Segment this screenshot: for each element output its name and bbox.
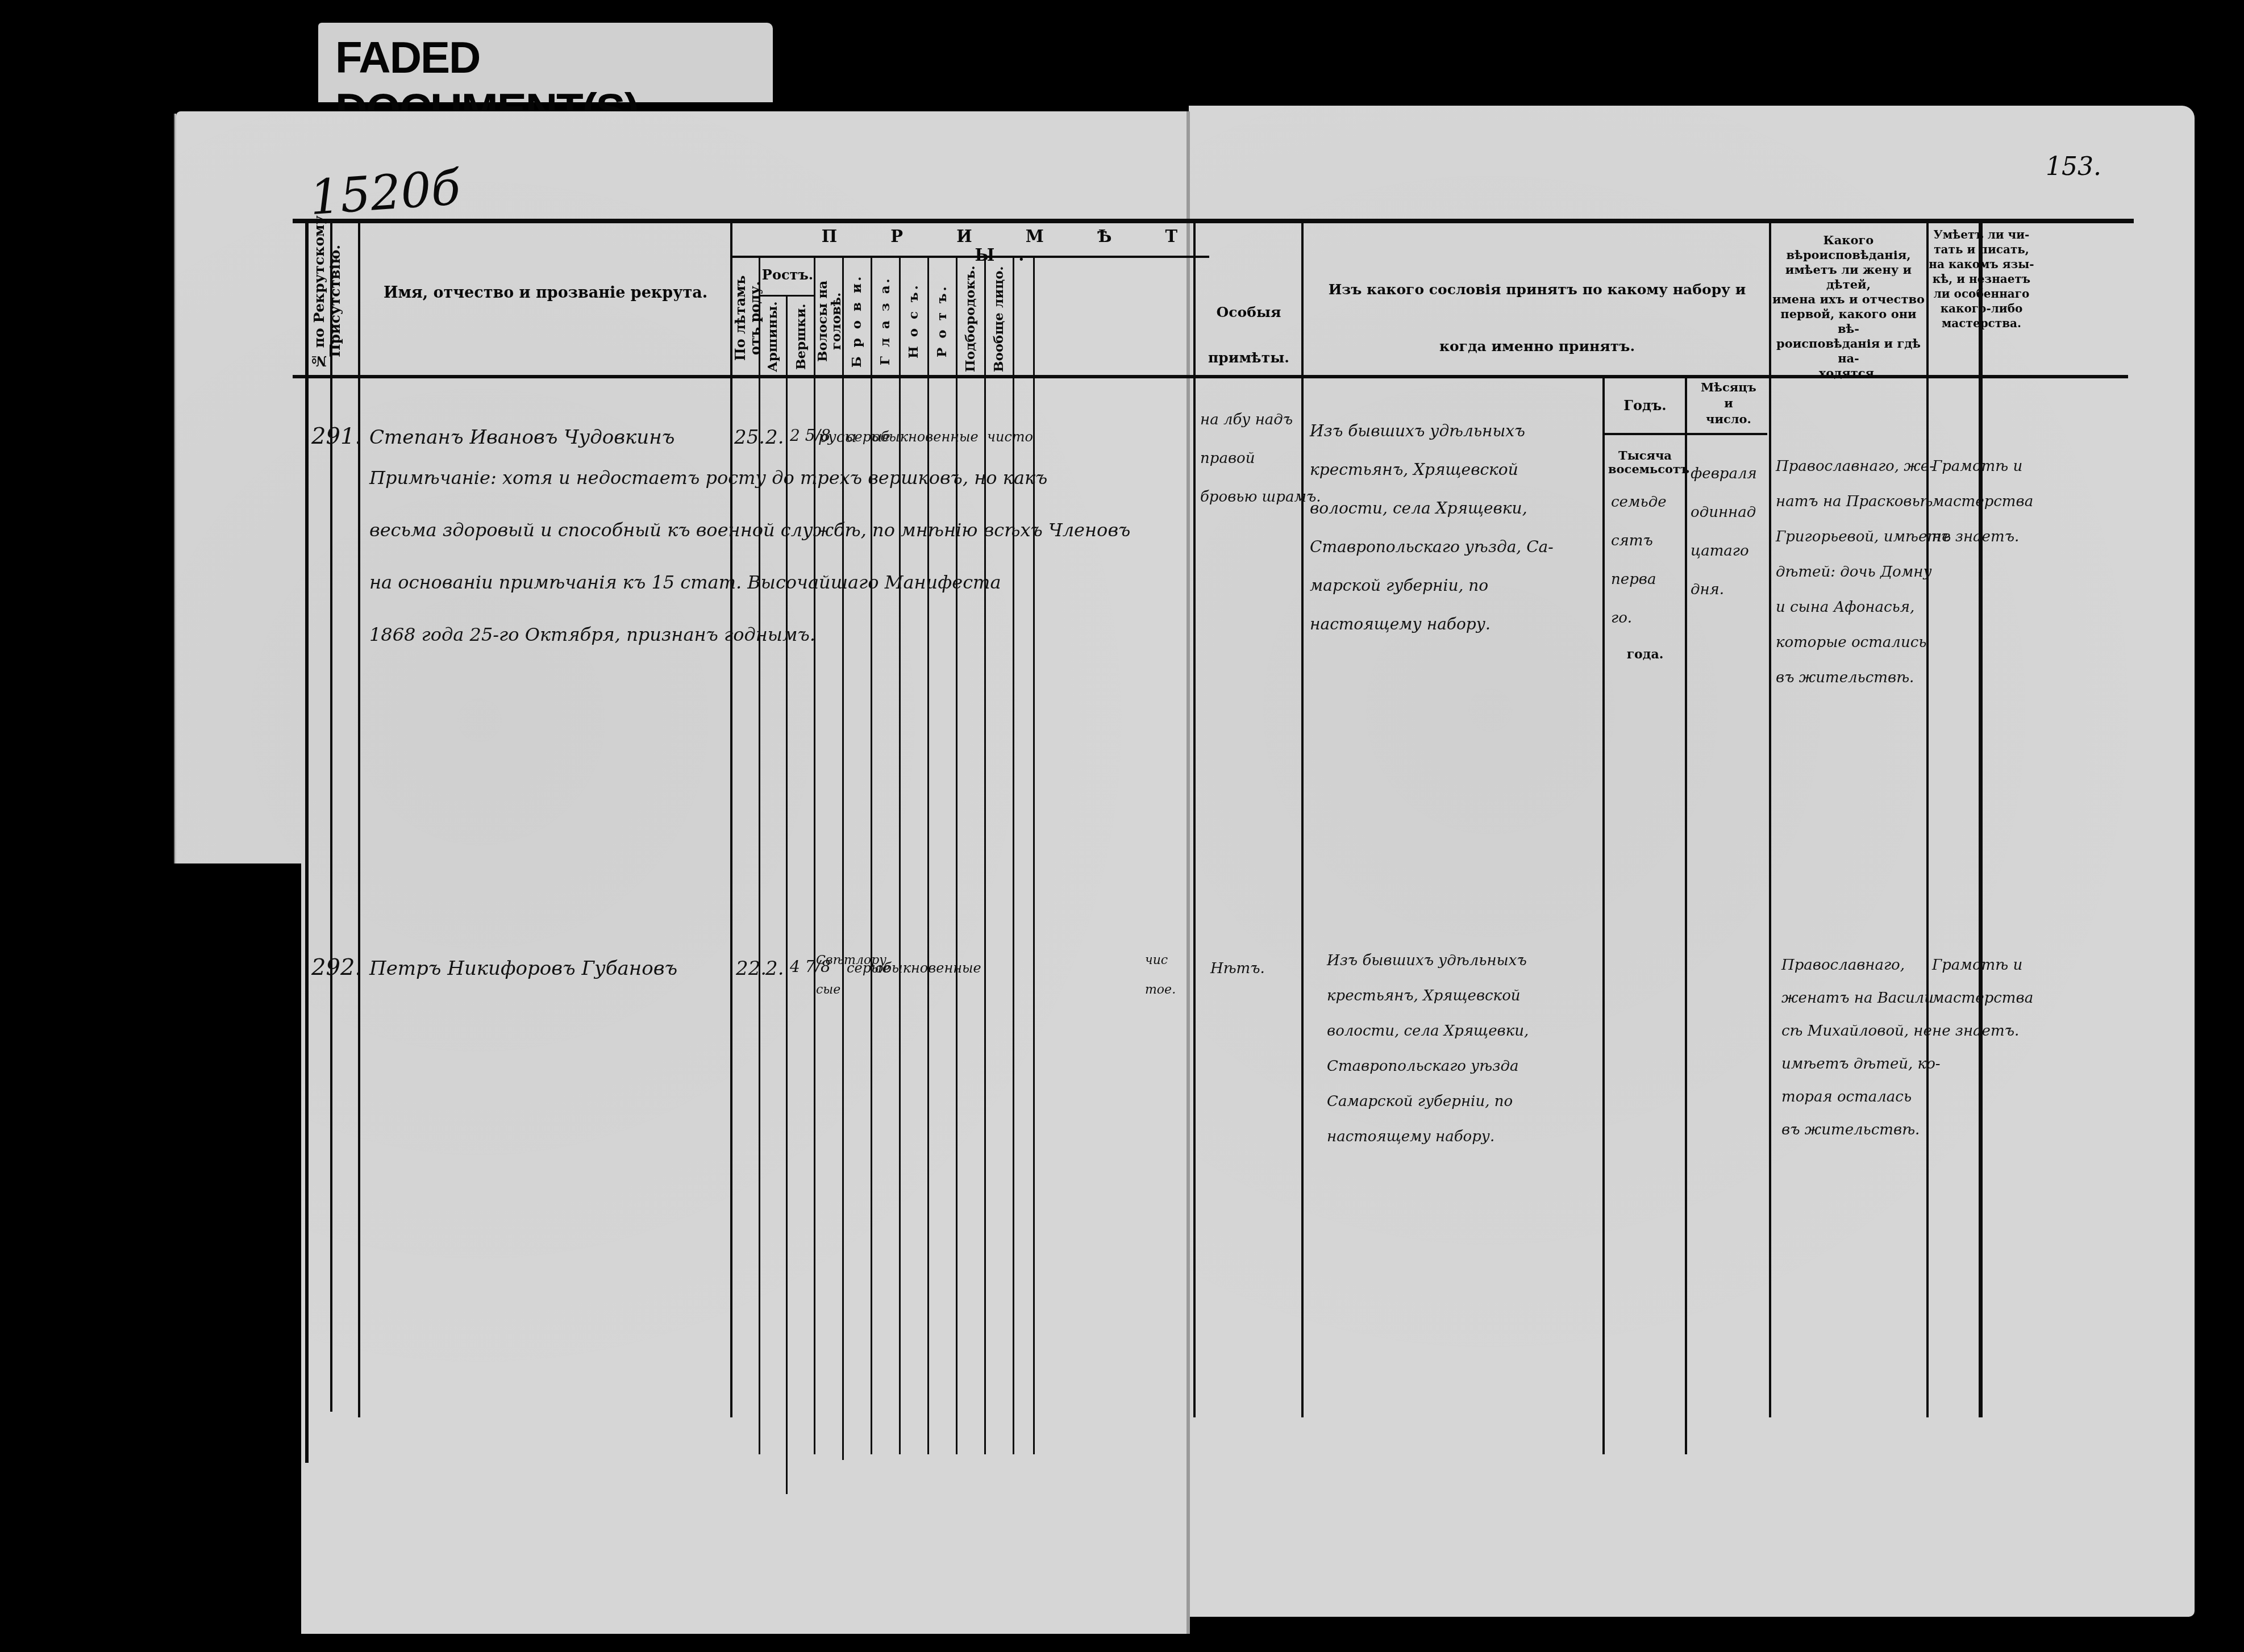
header-arshin: Аршины. [765,301,780,372]
origin: Изъ бывшихъ удѣльныхъ крестьянъ, Хрящевс… [1327,943,1529,1154]
header-line: и [1689,395,1768,411]
header-line: Изъ какого сословія принятъ по какому на… [1307,261,1767,318]
col-rule [1301,219,1304,1417]
header-line: Мѣсяцъ [1689,379,1768,395]
hair-line: сые [816,975,886,1005]
literacy: Грамотѣ и мастерства не знаетъ. [1932,449,2033,554]
header-line: По лѣтамъ [732,276,748,361]
header-age: По лѣтамъ отъ роду. [733,267,763,369]
header-chin: Подбородокъ. [963,267,978,372]
arshin: 2. [765,957,784,980]
col-rule [1769,219,1771,1417]
left-page-number: 1520б [308,160,462,226]
header-primety-title: П Р И М Ѣ Т Ы. [807,227,1216,265]
book-spine [1186,111,1190,1634]
origin-line: настоящему набору. [1327,1119,1529,1154]
col-rule [1033,256,1035,1454]
year-line: перва [1611,560,1667,599]
year-printed-suffix: года. [1608,648,1682,662]
religion-line: и сына Афонасья, [1776,590,1951,625]
eyes: обыкновенные [872,429,979,445]
literacy-line: мастерства [1932,982,2033,1015]
literacy-line: не знаетъ. [1932,519,2033,554]
table-top-rule [293,219,2134,223]
origin-line: волости, села Хрящевки, [1327,1013,1529,1049]
header-line: тать и писать, [1927,242,2035,257]
religion-line: торая осталась [1781,1081,1941,1113]
month-line: цатаго [1691,532,1757,570]
header-mouth: Р о т ъ. [934,273,950,369]
header-line: число. [1689,411,1768,427]
header-line: Волосы на [815,280,830,361]
religion-line: въ жительствѣ. [1776,660,1951,695]
religion-line: натъ на Прасковьѣ [1776,484,1951,519]
note-line: весьма здоровый и способный къ военной с… [369,504,1130,556]
header-line: Умѣетъ ли чи- [1927,227,2035,242]
header-line: Присутствію. [327,245,343,357]
religion-line: женатъ на Васили [1781,982,1941,1015]
header-line: восемьсотъ [1608,462,1682,476]
header-line: примѣты. [1196,335,1301,381]
religion-line: сѣ Михайловой, не [1781,1015,1941,1048]
header-record-number: № по Рекрутскому Присутствію. [311,233,343,369]
header-line: ходятся. [1772,366,1925,381]
origin-line: крестьянъ, Хрящевской [1310,450,1554,489]
header-line: головѣ. [829,292,844,349]
header-line: Тысяча [1608,449,1682,462]
origin-line: крестьянъ, Хрящевской [1327,978,1529,1013]
col-rule [305,219,309,1463]
header-line: Какого вѣроисповѣданія, [1772,233,1925,262]
literacy-line: Грамотѣ и [1932,449,2033,484]
special-marks: Нѣтъ. [1210,960,1265,977]
origin-line: марской губерніи, по [1310,566,1554,605]
header-religion: Какого вѣроисповѣданія, имѣетъ ли жену и… [1772,233,1925,381]
header-literacy: Умѣетъ ли чи- тать и писать, на какомъ я… [1927,227,2035,331]
header-line: роисповѣданія и гдѣ на- [1772,336,1925,366]
origin-line: Самарской губерніи, по [1327,1084,1529,1119]
col-rule [358,219,360,1417]
header-year: Годъ. [1608,398,1682,414]
col-rule [1685,375,1687,1454]
note-line: Примѣчаніе: хотя и недостаетъ росту до т… [369,452,1130,504]
eyes: обыкновенные [875,960,981,976]
note-line: 1868 года 25-го Октября, признанъ годным… [369,608,1130,661]
header-line: кѣ, и незнаетъ [1927,272,2035,286]
origin: Изъ бывшихъ удѣльныхъ крестьянъ, Хрящевс… [1310,412,1554,644]
header-month: Мѣсяцъ и число. [1689,379,1768,427]
religion-line: Православнаго, [1781,949,1941,982]
nose-line: тое. [1145,975,1176,1005]
special-marks: на лбу надъ правой бровью шрамъ. [1200,401,1321,516]
header-line: мастерства. [1927,316,2035,331]
header-line: № по Рекрутскому [311,215,327,369]
note-line: на основаніи примѣчанія къ 15 стат. Высо… [369,556,1130,608]
religion-line: Григорьевой, имѣетъ [1776,519,1951,554]
nose-mouth: чисто [987,429,1033,445]
literacy-line: не знаетъ. [1932,1015,2033,1048]
col-rule [984,256,986,1454]
year-line: сятъ [1611,522,1667,560]
religion-line: Православнаго, же- [1776,449,1951,484]
religion-line: которые остались [1776,625,1951,660]
header-line: первой, какого они вѣ- [1772,307,1925,336]
month-line: дня. [1691,570,1757,609]
origin-line: Ставропольскаго уѣзда [1327,1049,1529,1084]
origin-line: Ставропольскаго уѣзда, Са- [1310,528,1554,566]
header-line: имена ихъ и отчество [1772,292,1925,307]
literacy: Грамотѣ и мастерства не знаетъ. [1932,949,2033,1048]
month-line: февраля [1691,454,1757,493]
col-rule [1602,375,1605,1454]
religion-family: Православнаго, женатъ на Васили сѣ Михай… [1781,949,1941,1146]
religion-family: Православнаго, же- натъ на Прасковьѣ Гри… [1776,449,1951,695]
special-line: бровью шрамъ. [1200,478,1321,516]
literacy-line: Грамотѣ и [1932,949,2033,982]
col-rule [1979,219,1983,1417]
origin-line: настоящему набору. [1310,605,1554,644]
nose-line: чис [1145,946,1176,975]
recruit-name: Петръ Никифоровъ Губановъ [369,957,677,980]
record-number: 291. [311,423,362,449]
header-line: ли особеннаго [1927,286,2035,301]
right-page-number: 153. [2046,152,2101,181]
header-nose: Н о с ъ. [906,273,921,369]
year-written: семьде сятъ перва го. [1611,483,1667,637]
special-line: правой [1200,439,1321,478]
col-rule [1193,219,1196,1417]
header-line: когда именно принятъ. [1307,318,1767,375]
header-rost: Ростъ. [761,267,814,283]
record-number: 292. [311,954,362,981]
origin-line: Изъ бывшихъ удѣльныхъ [1327,943,1529,978]
origin-line: Изъ бывшихъ удѣльныхъ [1310,412,1554,450]
recruit-name: Степанъ Ивановъ Чудовкинъ [369,426,675,449]
header-special: Особыя примѣты. [1196,290,1301,381]
header-brows: Б р о в и. [849,273,864,369]
header-name: Имя, отчество и прозваніе рекрута. [369,284,722,302]
col-rule [730,219,732,1417]
age: 25. [734,426,765,449]
header-vershki: Вершки. [793,301,809,372]
header-line: Особыя [1196,290,1301,335]
dark-insert [153,863,301,1647]
nose-mouth: чис тое. [1145,946,1176,1005]
arshin: 2. [765,426,784,449]
religion-line: дѣтей: дочь Домну [1776,554,1951,590]
month-day: февраля одиннад цатаго дня. [1691,454,1757,609]
header-line: отъ роду. [747,281,763,355]
year-printed-prefix: Тысяча восемьсотъ [1608,449,1682,476]
header-hair: Волосы на головѣ. [816,273,843,369]
header-origin: Изъ какого сословія принятъ по какому на… [1307,261,1767,375]
faded-document-stamp: FADED DOCUMENT(S) [318,23,773,102]
religion-line: имѣетъ дѣтей, ко- [1781,1048,1941,1081]
header-line: на какомъ язы- [1927,257,2035,272]
recruit-note: Примѣчаніе: хотя и недостаетъ росту до т… [369,452,1130,661]
header-eyes: Г л а з а. [877,273,893,369]
header-line: имѣетъ ли жену и дѣтей, [1772,262,1925,292]
age: 22. [736,957,767,980]
year-line: семьде [1611,483,1667,522]
col-rule [330,219,332,1412]
col-rule [1926,219,1929,1417]
literacy-line: мастерства [1932,484,2033,519]
header-line: какого-либо [1927,301,2035,316]
religion-line: въ жительствѣ. [1781,1113,1941,1146]
year-line: го. [1611,599,1667,637]
origin-line: волости, села Хрящевки, [1310,489,1554,528]
special-line: на лбу надъ [1200,401,1321,439]
header-face: Вообще лицо. [991,267,1006,372]
month-line: одиннад [1691,493,1757,532]
